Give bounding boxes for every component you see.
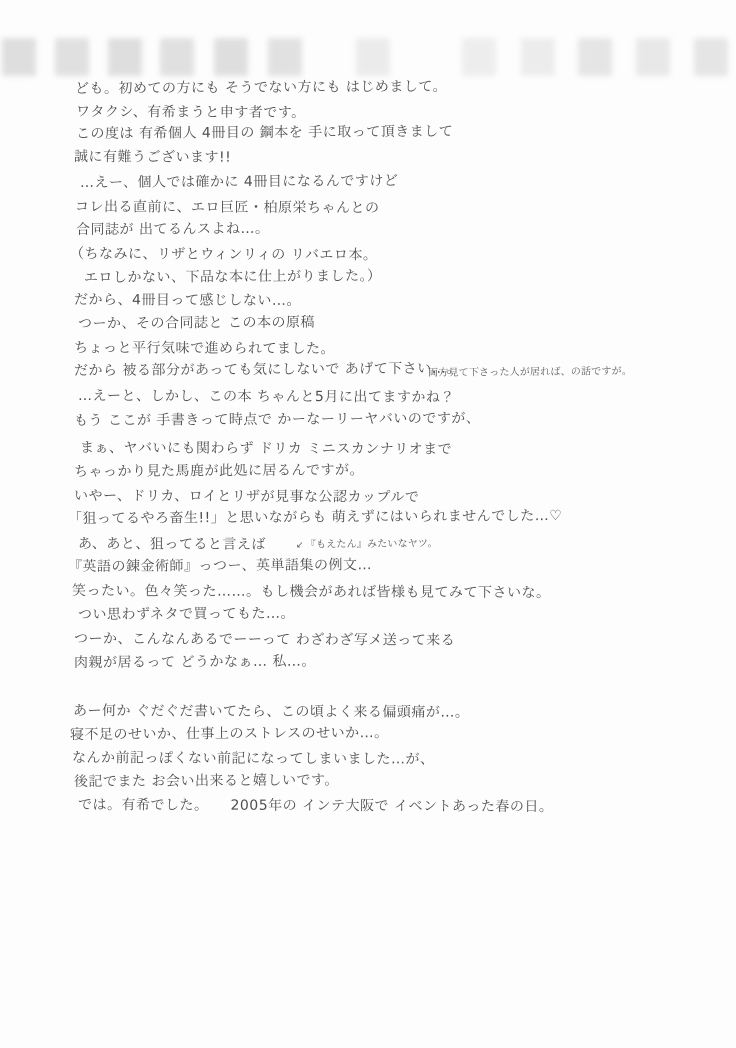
bleed-block [55,38,89,76]
handwritten-line: エロしかない、下品な本に仕上がりました。） [84,265,382,287]
handwritten-line: （ちなみに、リザとウィンリィの リバエロ本。 [70,243,377,264]
bleed-block [160,38,194,76]
handwritten-line: ちゃっかり見た馬鹿が此処に居るんですが。 [74,459,364,481]
bleed-block [636,38,670,76]
handwritten-line: …えーと、しかし、この本 ちゃんと5月に出てますかね？ [78,385,455,407]
handwritten-line: なんか前記っぽくない前記になってしまいました…が、 [72,747,435,769]
handwritten-line: あ、あと、狙ってると言えば [78,533,266,554]
handwritten-line: 寝不足のせいか、仕事上のストレスのせいか…。 [70,722,389,744]
bleed-block [694,38,728,76]
pointer-arrow-icon: ↙ [296,541,304,551]
bleed-block [462,38,496,76]
handwritten-line: つーか、その合同誌と この本の原稿 [78,312,315,333]
handwritten-line: 誠に有難うございます!! [74,146,231,167]
bleed-block [578,38,612,76]
bleed-block [214,38,248,76]
signature-line: では。有希でした。 2005年の インテ大阪で イベントあった春の日。 [78,794,553,816]
handwritten-line: だから、4冊目って感じしない…。 [74,289,301,310]
handwritten-line: つーか、こんなんあるでーーって わざわざ写メ送って来る [74,628,455,650]
handwritten-line: ちょっと平行気味で進められてました。 [74,337,335,358]
bleed-block [356,38,390,76]
handwritten-line: …えー、個人では確かに 4冊目になるんですけど [80,170,398,192]
handwritten-line: まぁ、ヤバいにも関わらず ドリカ ミニスカンナリオまで [80,437,452,459]
handwritten-line: この度は 有希個人 4冊目の 鋼本を 手に取って頂きまして [76,121,453,143]
inline-note-both-books: 両方見て下さった人が居れば、の話ですが。 [428,362,632,379]
handwritten-line: 笑ったい。色々笑った……。もし機会があれば皆様も見てみて下さいな。 [72,580,551,602]
inline-note-moetan: ↙『もえたん』みたいなヤツ。 [296,534,438,550]
handwritten-line: つい思わずネタで買ってもた…。 [78,603,295,624]
handwritten-line: ワタクシ、有希まうと申す者です。 [76,101,306,122]
handwritten-line: ども。初めての方にも そうでない方にも はじめまして。 [75,76,447,98]
bleed-block [108,38,142,76]
scanned-afterword-page: ども。初めての方にも そうでない方にも はじめまして。 ワタクシ、有希まうと申す… [0,0,736,1048]
bleed-block [2,38,36,76]
bleed-block [268,38,302,76]
handwritten-line: コレ出る直前に、エロ巨匠・柏原栄ちゃんとの [75,196,380,217]
handwritten-line: 『英語の錬金術師』っつー、英単語集の例文… [68,554,372,576]
handwritten-line: 肉親が居るって どうかなぁ… 私…。 [74,651,316,672]
handwritten-line: あー何か ぐだぐだ書いてたら、この頃よく来る偏頭痛が…。 [73,700,470,722]
handwritten-line: もう ここが 手書きって時点で かーなーリーヤバいのですが、 [74,408,480,430]
handwritten-line: 「狙ってるやろ畜生!!」と思いながらも 萌えずにはいられませんでした…♡ [68,505,562,528]
handwritten-line: 合同誌が 出てるんスよね…。 [76,218,270,239]
bleed-block [521,38,555,76]
handwritten-line: 後記でまた お会い出来ると嬉しいです。 [74,769,339,791]
handwritten-line: いやー、ドリカ、ロイとリザが見事な公認カップルで [74,485,419,507]
inline-note-moetan-text: 『もえたん』みたいなヤツ。 [306,538,438,550]
handwritten-line: だから 被る部分があっても気にしないで あげて下さい…。 [74,358,461,380]
